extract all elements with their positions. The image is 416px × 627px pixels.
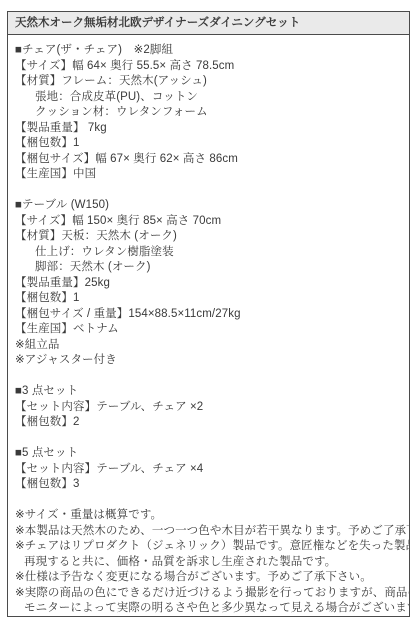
chair-material-fabric: 張地：合成皮革(PU)、コットン: [15, 90, 402, 106]
set5-contents: 【セット内容】テーブル、チェア ×4: [15, 462, 402, 478]
chair-material-frame: 【材質】フレーム：天然木(アッシュ): [15, 74, 402, 90]
table-material-finish: 仕上げ：ウレタン樹脂塗装: [15, 245, 402, 261]
note-reproduct-2: 再現すると共に、価格・品質を訴求し生産された製品です。: [15, 555, 402, 571]
chair-size: 【サイズ】幅 64× 奥行 55.5× 高さ 78.5cm: [15, 59, 402, 75]
table-weight: 【製品重量】25kg: [15, 276, 402, 292]
chair-package-size: 【梱包サイズ】幅 67× 奥行 62× 高さ 86cm: [15, 152, 402, 168]
set5-heading: ■5 点セット: [15, 446, 402, 462]
set3-heading: ■3 点セット: [15, 384, 402, 400]
section-spacer: [15, 493, 402, 509]
spec-content: ■チェア(ザ・チェア) ※2脚組 【サイズ】幅 64× 奥行 55.5× 高さ …: [8, 35, 409, 617]
chair-section: ■チェア(ザ・チェア) ※2脚組 【サイズ】幅 64× 奥行 55.5× 高さ …: [15, 43, 402, 183]
set3-section: ■3 点セット 【セット内容】テーブル、チェア ×2 【梱包数】2: [15, 384, 402, 431]
spec-sheet: 天然木オーク無垢材北欧デザイナーズダイニングセット ■チェア(ザ・チェア) ※2…: [7, 11, 410, 617]
set3-contents: 【セット内容】テーブル、チェア ×2: [15, 400, 402, 416]
table-country: 【生産国】ベトナム: [15, 322, 402, 338]
chair-weight: 【製品重量】 7kg: [15, 121, 402, 137]
table-section: ■テーブル (W150) 【サイズ】幅 150× 奥行 85× 高さ 70cm …: [15, 198, 402, 369]
table-package-size-weight: 【梱包サイズ / 重量】154×88.5×11cm/27kg: [15, 307, 402, 323]
table-note-assembly: ※組立品: [15, 338, 402, 354]
table-material-legs: 脚部：天然木 (オーク): [15, 260, 402, 276]
set5-package-count: 【梱包数】3: [15, 477, 402, 493]
table-heading: ■テーブル (W150): [15, 198, 402, 214]
note-color-2: モニターによって実際の明るさや色と多少異なって見える場合がございます。: [15, 601, 402, 617]
chair-material-cushion: クッション材：ウレタンフォーム: [15, 105, 402, 121]
chair-country: 【生産国】中国: [15, 167, 402, 183]
note-spec-change: ※仕様は予告なく変更になる場合がございます。予めご了承下さい。: [15, 570, 402, 586]
section-spacer: [15, 369, 402, 385]
table-material-top: 【材質】天板：天然木 (オーク): [15, 229, 402, 245]
section-spacer: [15, 183, 402, 199]
chair-heading: ■チェア(ザ・チェア) ※2脚組: [15, 43, 402, 59]
note-color-1: ※実際の商品の色にできるだけ近づけるよう撮影を行っておりますが、商品の色はご使用…: [15, 586, 402, 602]
chair-package-count: 【梱包数】1: [15, 136, 402, 152]
set3-package-count: 【梱包数】2: [15, 415, 402, 431]
product-title: 天然木オーク無垢材北欧デザイナーズダイニングセット: [15, 17, 300, 29]
section-spacer: [15, 431, 402, 447]
notes-section: ※サイズ・重量は概算です。 ※本製品は天然木のため、一つ一つ色や木目が若干異なり…: [15, 508, 402, 617]
note-approx: ※サイズ・重量は概算です。: [15, 508, 402, 524]
note-wood-grain: ※本製品は天然木のため、一つ一つ色や木目が若干異なります。予めご了承下さい。: [15, 524, 402, 540]
table-note-adjuster: ※アジャスター付き: [15, 353, 402, 369]
set5-section: ■5 点セット 【セット内容】テーブル、チェア ×4 【梱包数】3: [15, 446, 402, 493]
table-size: 【サイズ】幅 150× 奥行 85× 高さ 70cm: [15, 214, 402, 230]
title-bar: 天然木オーク無垢材北欧デザイナーズダイニングセット: [8, 12, 409, 35]
table-package-count: 【梱包数】1: [15, 291, 402, 307]
note-reproduct-1: ※チェアはリプロダクト（ジェネリック）製品です。意匠権などを失った製品のオリジナ…: [15, 539, 402, 555]
